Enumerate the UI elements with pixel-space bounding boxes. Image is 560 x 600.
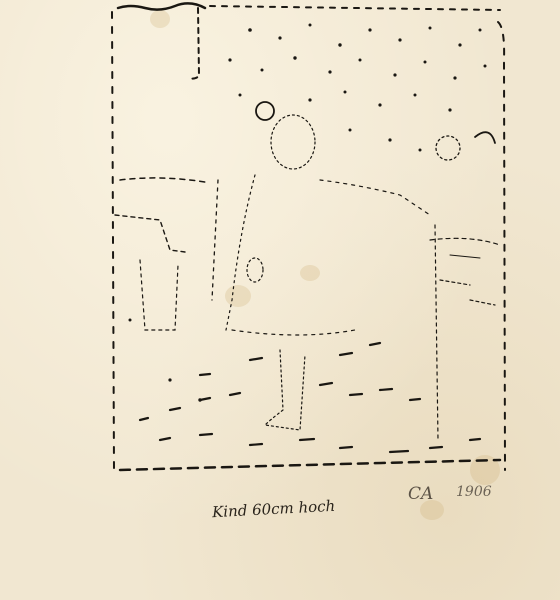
artwork-year: 1906	[456, 484, 492, 500]
artist-signature: CA	[408, 484, 433, 504]
